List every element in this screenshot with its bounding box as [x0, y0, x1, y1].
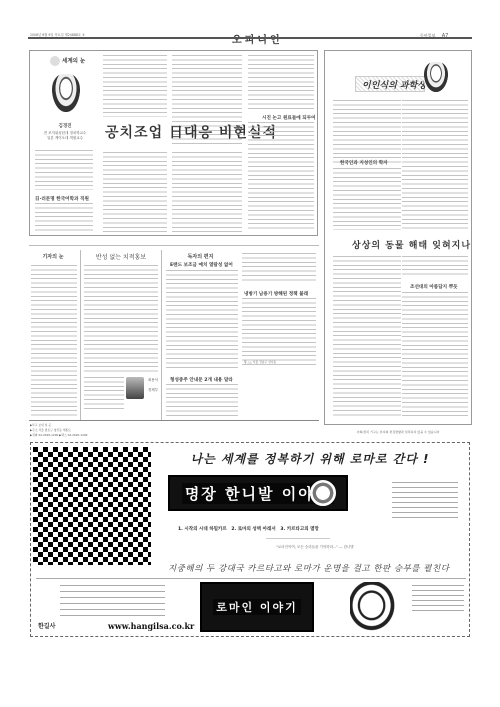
reporter-eye-label: 기자의 눈 — [29, 253, 77, 260]
letter-title: E랜드 보조금 예치 열람성 없어 — [170, 262, 233, 268]
article-text — [402, 256, 468, 278]
article-text — [35, 203, 93, 233]
series-label: 세계의 눈 — [50, 56, 85, 66]
author-name: 김경진 — [35, 124, 95, 129]
article-text — [31, 265, 77, 417]
article-headline: 상상의 동물 해태 잊혀지나 — [352, 238, 471, 251]
ad-volumes: 1. 시작의 시대 하밀카르 2. 로마의 성벽 아래서 3. 카르타고의 멸망 — [178, 526, 319, 532]
publisher-logo: 한길사 — [38, 621, 55, 630]
article-subheading: 조선대의 아름답지 뿌듯 — [410, 284, 458, 290]
letters-label: 독자의 편지 — [163, 253, 238, 260]
article-text — [103, 152, 167, 232]
article-text — [103, 55, 167, 117]
ad-artwork-mosaic — [33, 447, 151, 565]
ad-slogan[interactable]: 나는 세계를 정복하기 위해 로마로 간다 ! — [170, 450, 450, 467]
letter-title: 냉방기 남용기 방해된 정책 불래 — [244, 291, 308, 297]
ad-quote: "로마인이여, 모든 승리들을 기억하라..." — 한니발 — [180, 545, 450, 549]
ad-small-print — [266, 538, 330, 539]
article-text — [84, 377, 124, 409]
reporter-role: 경제부 — [146, 388, 160, 393]
section-divider — [29, 245, 319, 246]
article-text — [166, 270, 238, 370]
author-title: 전 조지워싱턴대 정치학교수 일본 게이오대 객원교수 — [35, 131, 95, 141]
article-text — [166, 384, 238, 418]
section-divider — [29, 420, 319, 421]
article-subheading: 한국인과 지성인의 학자 — [340, 160, 388, 166]
publisher-url[interactable]: www.hangilsa.co.kr — [108, 621, 194, 631]
article-text — [333, 256, 401, 418]
author-portrait — [52, 74, 80, 112]
header-rule — [28, 37, 472, 39]
article-text — [333, 168, 401, 230]
column-rule — [161, 250, 162, 420]
article-text — [35, 150, 93, 190]
ad-tagline[interactable]: 지중해의 두 강대국 카르타고와 로마가 운명을 걸고 한판 승부를 펼친다 — [168, 562, 449, 574]
reporter-name: 최용석 — [146, 378, 160, 383]
article-text — [402, 100, 468, 230]
article-text — [402, 292, 468, 418]
ad-divider — [36, 578, 466, 579]
ad-description — [60, 585, 165, 617]
letter-signature: 황 △△ 서울 강남구 신사동 — [244, 360, 276, 365]
article-text — [172, 152, 242, 232]
article-text — [242, 253, 316, 283]
promo-title: 반성 없는 치적홍보 — [82, 252, 160, 261]
article-text — [333, 100, 401, 164]
article-text — [84, 265, 158, 372]
article-subheading: 시진 논고 원료들에 되두어 — [262, 115, 316, 121]
eye-badge-icon — [50, 56, 60, 66]
columnist-caricature — [424, 62, 448, 92]
submission-contact: ▶투고 보내 실 곳 ▶주소 서울 종로구 청진동 세종로 ▶전화 02-202… — [30, 423, 87, 438]
letters-notice: 사회/정치 기고는 본지의 편집방향과 일치하지 않을 수 있습니다 — [330, 430, 466, 434]
coin-medallion-icon — [310, 480, 336, 506]
article-subheading: 日·러문명 한국어학과 직원 — [35, 196, 89, 202]
ad-second-title: 로마인 이야기 — [213, 599, 301, 615]
letter-title: 형성중주 안내문 2개 내용 달라 — [170, 377, 233, 383]
column-rule — [80, 250, 81, 420]
ad-second-title-banner[interactable]: 로마인 이야기 — [200, 582, 314, 632]
article-text — [242, 298, 316, 366]
ad-portrait-caption — [412, 585, 464, 613]
ad-blurb — [392, 482, 458, 522]
article-text — [248, 55, 314, 110]
reporter-photo — [126, 377, 144, 399]
ad-portrait-image — [350, 582, 398, 634]
article-text — [248, 122, 314, 232]
